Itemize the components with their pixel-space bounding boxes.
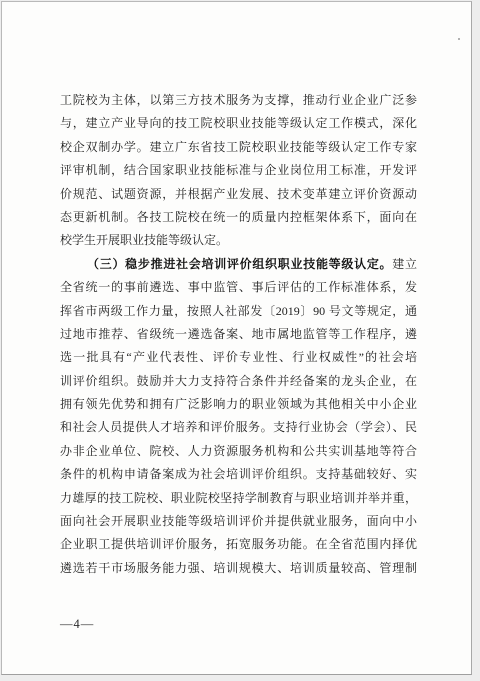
text-line: 遴选若干市场服务能力强、培训规模大、培训质量较高、管理制 (60, 557, 417, 580)
document-body-text: 工院校为主体，以第三方技术服务为支撑，推动行业企业广泛参 与，建立产业导向的技工… (60, 89, 417, 580)
text-line: 工院校为主体，以第三方技术服务为支撑，推动行业企业广泛参 (60, 89, 417, 112)
text-line: 面向社会开展职业技能等级培训评价并提供就业服务，面向中小 (60, 510, 417, 533)
text-line: 过地市推荐、省级统一遴选备案、地市属地监管等工作程序，遴 (60, 323, 417, 346)
text-line: 拥有领先优势和拥有广泛影响力的职业领域为其他相关中小企业 (60, 393, 417, 416)
text-line: 评审机制，结合国家职业技能标准与企业岗位用工标准，开发评 (60, 159, 417, 182)
text-line: 校企双制办学。建立广东省技工院校职业技能等级认定工作专家 (60, 136, 417, 159)
text-line: 企业职工提供培训评价服务，拓宽服务功能。在全省范围内择优 (60, 533, 417, 556)
document-page: 工院校为主体，以第三方技术服务为支撑，推动行业企业广泛参 与，建立产业导向的技工… (1, 1, 472, 675)
text-line: 价规范、试题资源，并根据产业发展、技术变革建立评价资源动 (60, 183, 417, 206)
text-line: 与，建立产业导向的技工院校职业技能等级认定工作模式，深化 (60, 112, 417, 135)
text-line: 和社会人员提供人才培养和评价服务。支持行业协会（学会）、民 (60, 416, 417, 439)
text-line: 选一批具有“产业代表性、评价专业性、行业权威性”的社会培 (60, 346, 417, 369)
text-line: 办非企业单位、院校、人力资源服务机构和公共实训基地等符合 (60, 440, 417, 463)
section-heading: （三）稳步推进社会培训评价组织职业技能等级认定。 (87, 257, 392, 271)
text-line: 全省统一的事前遴选、事中监管、事后评估的工作标准体系，发 (60, 276, 417, 299)
text-line: 挥省市两级工作力量，按照人社部发〔2019〕90 号文等规定，通 (60, 300, 417, 323)
text-line: 态更新机制。各技工院校在统一的质量内控框架体系下，面向在 (60, 206, 417, 229)
page-number: —4— (60, 613, 94, 636)
text-line: 训评价组织。鼓励并大力支持符合条件并经备案的龙头企业，在 (60, 370, 417, 393)
text-line: 条件的机构申请备案成为社会培训评价组织。支持基础较好、实 (60, 463, 417, 486)
text-line: 力雄厚的技工院校、职业院校坚持学制教育与职业培训并举并重， (60, 487, 417, 510)
section-heading-line: （三）稳步推进社会培训评价组织职业技能等级认定。建立 (60, 253, 417, 276)
scan-speck (458, 38, 460, 40)
text-line: 校学生开展职业技能等级认定。 (60, 229, 417, 252)
